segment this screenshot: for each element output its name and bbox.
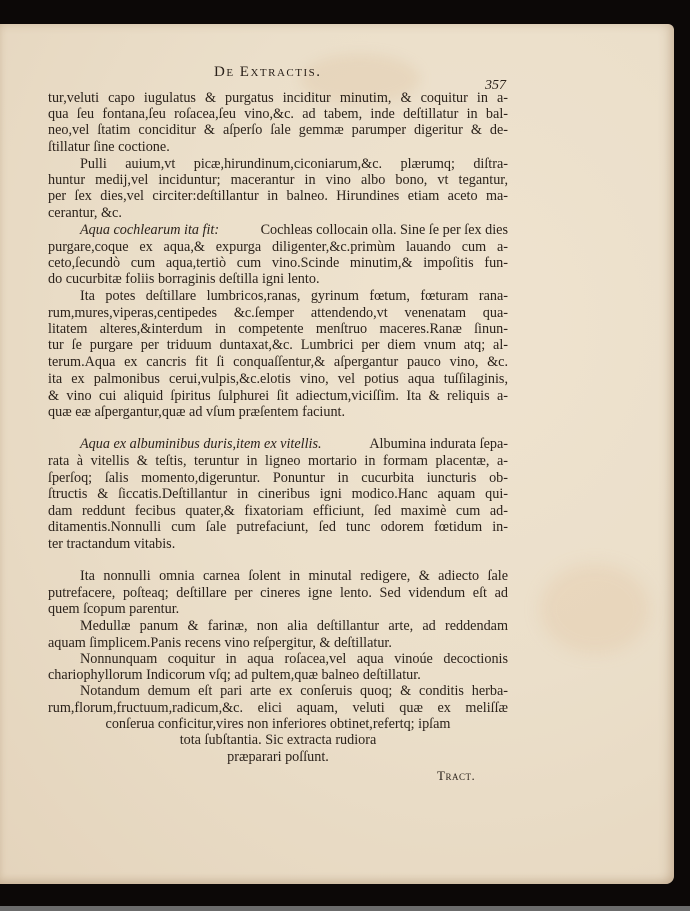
paragraph-start: Notandum demum eſt pari arte ex conſerui…	[80, 683, 508, 699]
text-line: terum.Aqua ex cancris fit ſi conquaſſent…	[48, 354, 508, 370]
text-span: Cochleas collocain olla. Sine ſe per ſex…	[261, 222, 508, 238]
text-line: conſerua conficitur,vires non inferiores…	[48, 716, 508, 732]
text-line: quem ſcopum parentur.	[48, 601, 508, 617]
text-line: tur ſe purgare per triduum duntaxat,&c. …	[48, 337, 508, 353]
paragraph-start: Aqua cochlearum ita fit: Cochleas colloc…	[80, 222, 508, 238]
text-line: rum,mures,viperas,centipedes &c.ſemper a…	[48, 305, 508, 321]
text-line: ſtillatur ſine coctione.	[48, 139, 508, 155]
paper-stain	[540, 564, 650, 654]
text-line: qua ſeu fontana,ſeu roſacea,ſeu vino,&c.…	[48, 106, 508, 122]
text-line: & vino cui aliquid ſpiritus ſulphurei ſi…	[48, 388, 508, 404]
text-line: litatem alteres,&interdum in competente …	[48, 321, 508, 337]
paragraph-start: Nonnunquam coquitur in aqua roſacea,vel …	[80, 651, 508, 667]
paragraph-start: Aqua ex albuminibus duris,item ex vitell…	[80, 436, 508, 452]
italic-heading: Aqua ex albuminibus duris,item ex vitell…	[80, 436, 322, 452]
text-line: ſtructis & ſiccatis.Deſtillantur in cine…	[48, 486, 508, 502]
text-line: per ſex dies,vel circiter:deſtillantur i…	[48, 188, 508, 204]
paragraph-start: Pulli auium,vt picæ,hirundinum,ciconiaru…	[80, 156, 508, 172]
text-line: aquam ſimplicem.Panis recens vino reſper…	[48, 635, 508, 651]
scanner-edge	[0, 906, 690, 911]
text-line: ceto,ſecundò cum aqua,tertiò cum vino.Sc…	[48, 255, 508, 271]
text-line: huntur medij,vel inciduntur; macerantur …	[48, 172, 508, 188]
text-line: putrefacere, poſteaq; deſtillare per cin…	[48, 585, 508, 601]
text-line: ſperſoq; ſalis momento,digeruntur. Ponun…	[48, 470, 508, 486]
text-line: chariophyllorum Indicorum vſq; ad pultem…	[48, 667, 508, 683]
text-line: do cucurbitæ foliis borraginis deſtilla …	[48, 271, 508, 287]
text-line: ter tractandum vitabis.	[48, 536, 508, 552]
text-line: cerantur, &c.	[48, 205, 508, 221]
text-line: tota ſubſtantia. Sic extracta rudiora	[48, 732, 508, 748]
paragraph-start: Ita nonnulli omnia carnea ſolent in minu…	[80, 568, 508, 584]
paragraph-start: Medullæ panum & farinæ, non alia deſtill…	[80, 618, 508, 634]
italic-heading: Aqua cochlearum ita fit:	[80, 222, 219, 238]
text-line: præparari poſſunt.	[48, 749, 508, 765]
catchword: Tract.	[437, 768, 475, 784]
text-span: Albumina indurata ſepa-	[369, 436, 508, 452]
text-line: tur,veluti capo iugulatus & purgatus inc…	[48, 90, 508, 106]
text-line: neo,vel ſtatim conciditur & aſperſo ſale…	[48, 122, 508, 138]
text-line: purgare,coque ex aqua,& expurga diligent…	[48, 239, 508, 255]
text-line: ita ex palmonibus cerui,vulpis,&c.elotis…	[48, 371, 508, 387]
paragraph-start: Ita potes deſtillare lumbricos,ranas, gy…	[80, 288, 508, 304]
text-line: ditamentis.Nonnulli cum ſale putrefaciun…	[48, 519, 508, 535]
text-line: rata à vitellis & teſtis, teruntur in li…	[48, 453, 508, 469]
text-line: quæ eæ aſpergantur,quæ ad vſum præſentem…	[48, 404, 508, 420]
text-line: rum,florum,fructuum,radicum,&c. elici aq…	[48, 700, 508, 716]
text-line: dam reddunt fecibus quater,& fixatoriam …	[48, 503, 508, 519]
running-title: De Extractis.	[214, 64, 322, 81]
